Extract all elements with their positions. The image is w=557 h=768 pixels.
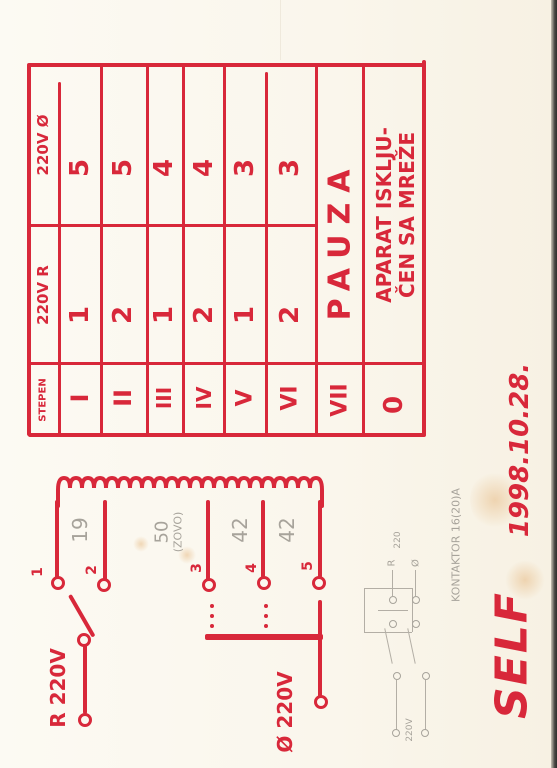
terminal-label-5: 5 (300, 561, 316, 571)
cell-r-V: 1 (230, 306, 260, 324)
contactor-terminal (421, 729, 429, 737)
col-divider (58, 82, 61, 435)
common-bus-bar (205, 634, 323, 640)
tap-lead-2 (103, 500, 107, 582)
tap-lead-3 (206, 500, 210, 582)
contactor-terminal (412, 596, 420, 604)
tap-lead-5 (318, 500, 322, 578)
terminal-label-4: 4 (244, 563, 260, 573)
r-supply-label: R 220V (46, 648, 70, 728)
turns-note-4: 42 (275, 517, 299, 542)
contactor-terminal (392, 729, 400, 737)
cell-r-I: 1 (65, 306, 95, 324)
col-divider (315, 66, 318, 436)
cell-step-III: III (152, 387, 176, 409)
turns-note-3: 42 (228, 517, 252, 542)
cell-zero-VI: 3 (275, 159, 305, 177)
header-r-phase: 220V R (34, 265, 52, 325)
contactor-title: KONTAKTOR 16(20)A (450, 488, 463, 602)
cell-zero-II: 5 (108, 159, 138, 177)
stain (133, 536, 149, 552)
turns-note-2: 50 (152, 521, 173, 544)
zero-supply-terminal (314, 695, 328, 709)
terminal-4 (257, 576, 271, 590)
header-step: STEPEN (38, 378, 49, 421)
tap-lead-1 (55, 500, 59, 580)
row-divider (28, 224, 318, 227)
terminal-3 (202, 578, 216, 592)
bridge-dot (210, 604, 214, 608)
cell-step-0: 0 (379, 396, 409, 414)
contactor-box-left (364, 588, 365, 632)
contactor-label-zero: Ø (411, 559, 422, 567)
signature-date: 1998.10.28. (505, 363, 535, 537)
header-zero: 220V Ø (34, 115, 52, 176)
r-supply-terminal (78, 713, 92, 727)
cell-pauza: PAUZA (323, 160, 358, 321)
scanner-edge (551, 0, 557, 768)
contactor-box-bottom (364, 632, 412, 633)
cell-r-VI: 2 (275, 306, 305, 324)
contactor-out-r (396, 680, 397, 730)
zero-supply-lead (318, 638, 322, 698)
terminal-5 (312, 576, 326, 590)
cell-step-VII: VII (328, 383, 353, 416)
bridge-dot (210, 624, 214, 628)
terminal-2 (97, 578, 111, 592)
col-divider (100, 66, 103, 436)
cell-r-II: 2 (108, 306, 138, 324)
cell-zero-IV: 4 (189, 159, 219, 177)
contactor-terminal (389, 620, 397, 628)
bridge-dot (264, 614, 268, 618)
table-border-bottom (28, 433, 426, 437)
cell-step-IV: IV (192, 387, 216, 410)
cell-r-III: 1 (149, 306, 179, 324)
bridge-dot (264, 624, 268, 628)
contactor-lead-z (415, 570, 416, 596)
cell-step-VI: VI (278, 385, 303, 410)
cell-step-I: I (66, 394, 94, 403)
contactor-actuator (378, 610, 408, 611)
row-divider (28, 362, 425, 365)
cell-zero-III: 4 (149, 159, 179, 177)
signature-name: SELF (487, 591, 538, 719)
coil-winding-icon (50, 470, 330, 510)
contactor-terminal (412, 620, 420, 628)
contactor-out-z (425, 680, 426, 730)
cell-step-V: V (233, 389, 258, 406)
terminal-label-1: 1 (30, 567, 46, 577)
contactor-terminal (422, 672, 430, 680)
tap-lead-4 (261, 500, 265, 578)
bridge-dot (210, 614, 214, 618)
table-border-right (422, 60, 426, 436)
tap5-to-bus (318, 600, 322, 636)
col-divider (362, 66, 365, 436)
turns-note-2b: (ZOVO) (172, 512, 185, 553)
col-divider (146, 66, 149, 436)
r-supply-lead (83, 644, 87, 714)
zero-supply-label: Ø 220V (273, 671, 297, 752)
paper-fold (280, 0, 281, 60)
terminal-1 (51, 576, 65, 590)
col-divider (182, 66, 185, 436)
contactor-label-220: 220 (393, 531, 403, 548)
table-border-left (27, 64, 31, 436)
cell-zero-V: 3 (230, 159, 260, 177)
col-divider (265, 72, 268, 436)
contactor-label-bottom: 220V (405, 718, 415, 741)
contactor-terminal (389, 596, 397, 604)
cell-off-line2: ČEN SA MREŽE (395, 132, 419, 298)
contactor-box-top (364, 588, 412, 589)
cell-zero-I: 5 (65, 159, 95, 177)
terminal-label-2: 2 (84, 565, 100, 575)
cell-step-II: II (109, 389, 137, 407)
contactor-lead-r (392, 570, 393, 596)
col-divider (223, 66, 226, 436)
cell-off-line1: APARAT ISKLJU- (372, 127, 396, 303)
contactor-terminal (393, 672, 401, 680)
table-border-top (27, 63, 425, 67)
turns-note-1: 19 (68, 517, 92, 542)
terminal-label-3: 3 (189, 563, 205, 573)
contactor-label-r: R (387, 560, 398, 567)
bridge-dot (264, 604, 268, 608)
cell-r-IV: 2 (189, 306, 219, 324)
